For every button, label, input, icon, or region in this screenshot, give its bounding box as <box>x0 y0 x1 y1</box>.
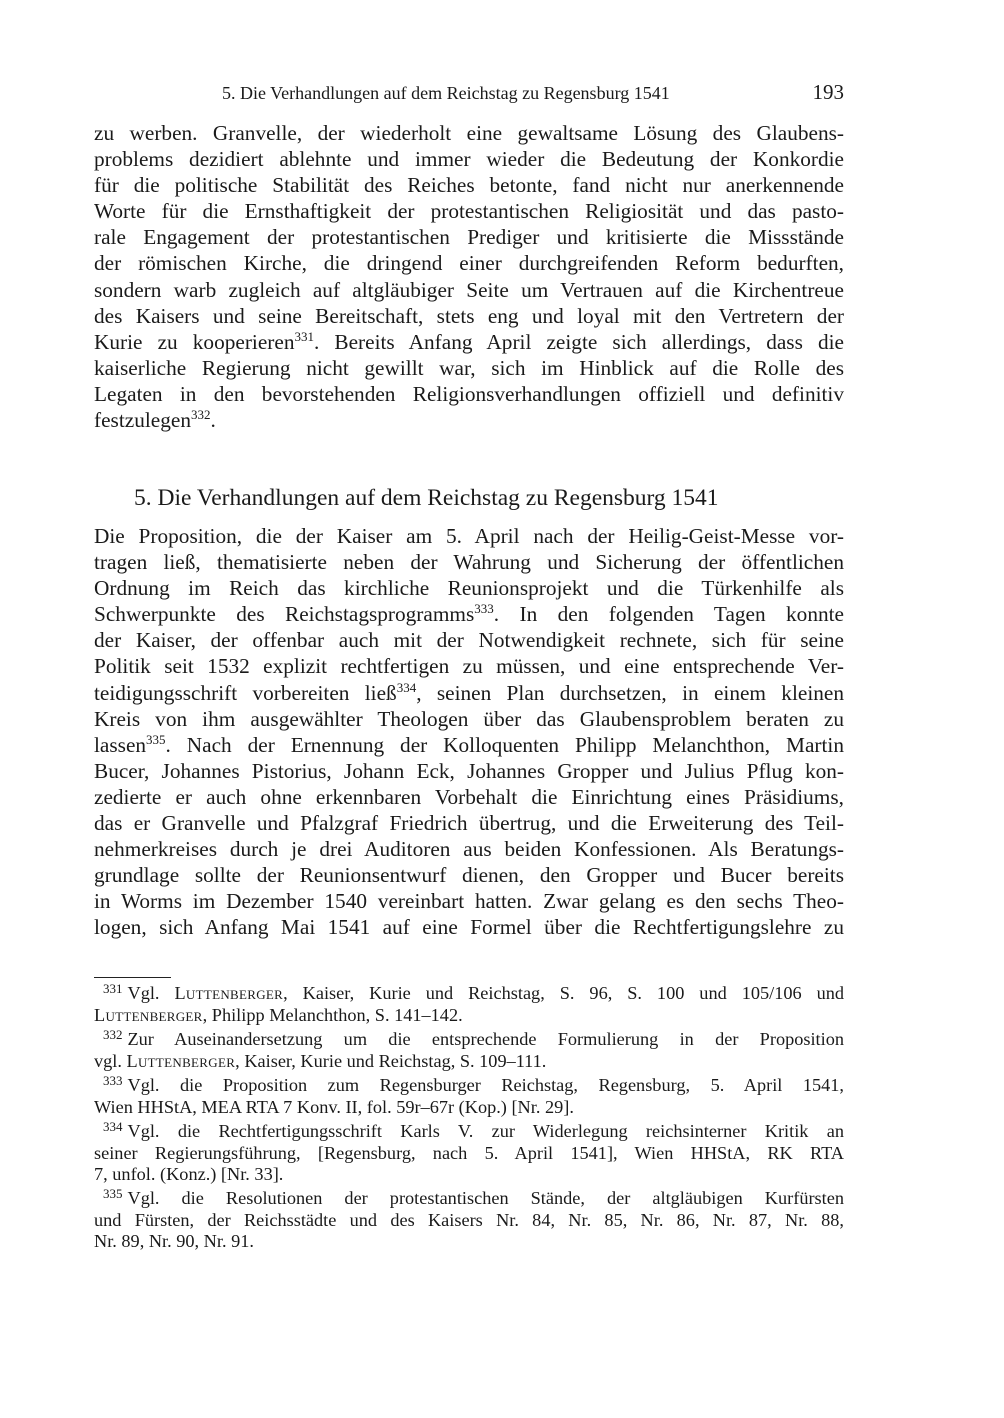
footnote-333: 333Vgl. die Proposition zum Regensburger… <box>94 1075 844 1118</box>
paragraph-section-5: Die Proposition, die der Kaiser am 5. Ap… <box>94 523 844 941</box>
text-span: lassen <box>94 733 146 757</box>
text-span: Zur Auseinandersetzung um die entspreche… <box>128 1029 845 1049</box>
text-span: . In den folgenden Tagen konnte <box>494 602 844 626</box>
footnote-number: 331 <box>103 981 123 996</box>
author-name: Luttenberger <box>127 1051 236 1071</box>
author-name: Luttenberger <box>174 983 283 1003</box>
text-line: logen, sich Anfang Mai 1541 auf eine For… <box>94 914 844 940</box>
text-line: 335Vgl. die Resolutionen der protestanti… <box>94 1188 844 1210</box>
footnote-332: 332Zur Auseinandersetzung um die entspre… <box>94 1029 844 1072</box>
text-line: Kurie zu kooperieren331. Bereits Anfang … <box>94 329 844 355</box>
text-span: Schwerpunkte des Reichstagsprogramms <box>94 602 474 626</box>
footnote-331: 331Vgl. Luttenberger, Kaiser, Kurie und … <box>94 983 844 1026</box>
text-line: Worte für die Ernsthaftigkeit der protes… <box>94 198 844 224</box>
text-line: Luttenberger, Philipp Melanchthon, S. 14… <box>94 1005 844 1026</box>
text-span: festzulegen <box>94 408 191 432</box>
text-line: Politik seit 1532 explizit rechtfertigen… <box>94 653 844 679</box>
text-line: Bucer, Johannes Pistorius, Johann Eck, J… <box>94 758 844 784</box>
text-line: problems dezidiert ablehnte und immer wi… <box>94 146 844 172</box>
footnote-divider <box>94 977 171 978</box>
text-line: seiner Regierungsführung, [Regensburg, n… <box>94 1143 844 1164</box>
text-line: sondern warb zugleich auf altgläubiger S… <box>94 277 844 303</box>
text-span: Vgl. die Proposition zum Regensburger Re… <box>128 1075 845 1095</box>
text-line: des Kaisers und seine Bereitschaft, stet… <box>94 303 844 329</box>
text-span: , Kaiser, Kurie und Reichstag, S. 109–11… <box>235 1051 546 1071</box>
text-line: zu werben. Granvelle, der wiederholt ein… <box>94 120 844 146</box>
text-line: nehmerkreises durch je drei Auditoren au… <box>94 836 844 862</box>
text-line: Die Proposition, die der Kaiser am 5. Ap… <box>94 523 844 549</box>
footnote-ref-335[interactable]: 335 <box>146 732 166 747</box>
text-line: Schwerpunkte des Reichstagsprogramms333.… <box>94 601 844 627</box>
footnote-ref-333[interactable]: 333 <box>474 601 494 616</box>
text-span: , Kaiser, Kurie und Reichstag, S. 96, S.… <box>283 983 844 1003</box>
text-line: das er Granvelle und Pfalzgraf Friedrich… <box>94 810 844 836</box>
text-line: lassen335. Nach der Ernennung der Kolloq… <box>94 732 844 758</box>
text-line: 334Vgl. die Rechtfertigungsschrift Karls… <box>94 1121 844 1143</box>
text-span: Vgl. <box>128 983 175 1003</box>
text-line: Wien HHStA, MEA RTA 7 Konv. II, fol. 59r… <box>94 1097 844 1118</box>
text-line: tragen ließ, thematisierte neben der Wah… <box>94 549 844 575</box>
text-span: . Bereits Anfang April zeigte sich aller… <box>314 330 844 354</box>
footnote-number: 334 <box>103 1119 123 1134</box>
text-span: , Philipp Melanchthon, S. 141–142. <box>203 1005 463 1025</box>
text-line: für die politische Stabilität des Reiche… <box>94 172 844 198</box>
section-heading: 5. Die Verhandlungen auf dem Reichstag z… <box>134 483 719 513</box>
running-title: 5. Die Verhandlungen auf dem Reichstag z… <box>222 80 670 106</box>
text-line: 7, unfol. (Konz.) [Nr. 33]. <box>94 1164 844 1185</box>
text-span: Vgl. die Resolutionen der protestantisch… <box>128 1188 845 1208</box>
text-span: Vgl. die Rechtfertigungsschrift Karls V.… <box>128 1121 845 1141</box>
text-line: 333Vgl. die Proposition zum Regensburger… <box>94 1075 844 1097</box>
text-line: und Fürsten, der Reichsstädte und des Ka… <box>94 1210 844 1231</box>
text-span: , seinen Plan durchsetzen, in einem klei… <box>416 681 844 705</box>
text-line: Legaten in den bevorstehenden Religionsv… <box>94 381 844 407</box>
text-span: Kurie zu kooperieren <box>94 330 294 354</box>
footnotes: 331Vgl. Luttenberger, Kaiser, Kurie und … <box>94 983 844 1252</box>
text-span: teidigungsschrift vorbereiten ließ <box>94 681 397 705</box>
footnote-ref-332[interactable]: 332 <box>191 407 211 422</box>
text-span: . Nach der Ernennung der Kolloquenten Ph… <box>166 733 844 757</box>
text-line: teidigungsschrift vorbereiten ließ334, s… <box>94 680 844 706</box>
text-line: 331Vgl. Luttenberger, Kaiser, Kurie und … <box>94 983 844 1005</box>
footnote-334: 334Vgl. die Rechtfertigungsschrift Karls… <box>94 1121 844 1185</box>
footnote-number: 333 <box>103 1073 123 1088</box>
text-line: kaiserliche Regierung nicht gewillt war,… <box>94 355 844 381</box>
paragraph-continued: zu werben. Granvelle, der wiederholt ein… <box>94 120 844 433</box>
footnote-number: 332 <box>103 1027 123 1042</box>
text-line: festzulegen332. <box>94 407 844 433</box>
author-name: Luttenberger <box>94 1005 203 1025</box>
text-line: 332Zur Auseinandersetzung um die entspre… <box>94 1029 844 1051</box>
text-line: zedierte er auch ohne erkennbaren Vorbeh… <box>94 784 844 810</box>
text-line: Nr. 89, Nr. 90, Nr. 91. <box>94 1231 844 1252</box>
text-line: Ordnung im Reich das kirchliche Reunions… <box>94 575 844 601</box>
text-line: der römischen Kirche, die dringend einer… <box>94 250 844 276</box>
text-span: . <box>210 408 215 432</box>
text-line: Kreis von ihm ausgewählter Theologen übe… <box>94 706 844 732</box>
footnote-number: 335 <box>103 1186 123 1201</box>
running-head: 5. Die Verhandlungen auf dem Reichstag z… <box>94 80 844 106</box>
text-line: vgl. Luttenberger, Kaiser, Kurie und Rei… <box>94 1051 844 1072</box>
text-line: rale Engagement der protestantischen Pre… <box>94 224 844 250</box>
footnote-ref-334[interactable]: 334 <box>397 680 417 695</box>
text-span: vgl. <box>94 1051 127 1071</box>
text-line: grundlage sollte der Reunionsentwurf die… <box>94 862 844 888</box>
footnote-335: 335Vgl. die Resolutionen der protestanti… <box>94 1188 844 1252</box>
text-line: der Kaiser, der offenbar auch mit der No… <box>94 627 844 653</box>
footnote-ref-331[interactable]: 331 <box>294 329 314 344</box>
page-number: 193 <box>813 79 845 105</box>
text-line: in Worms im Dezember 1540 vereinbart hat… <box>94 888 844 914</box>
